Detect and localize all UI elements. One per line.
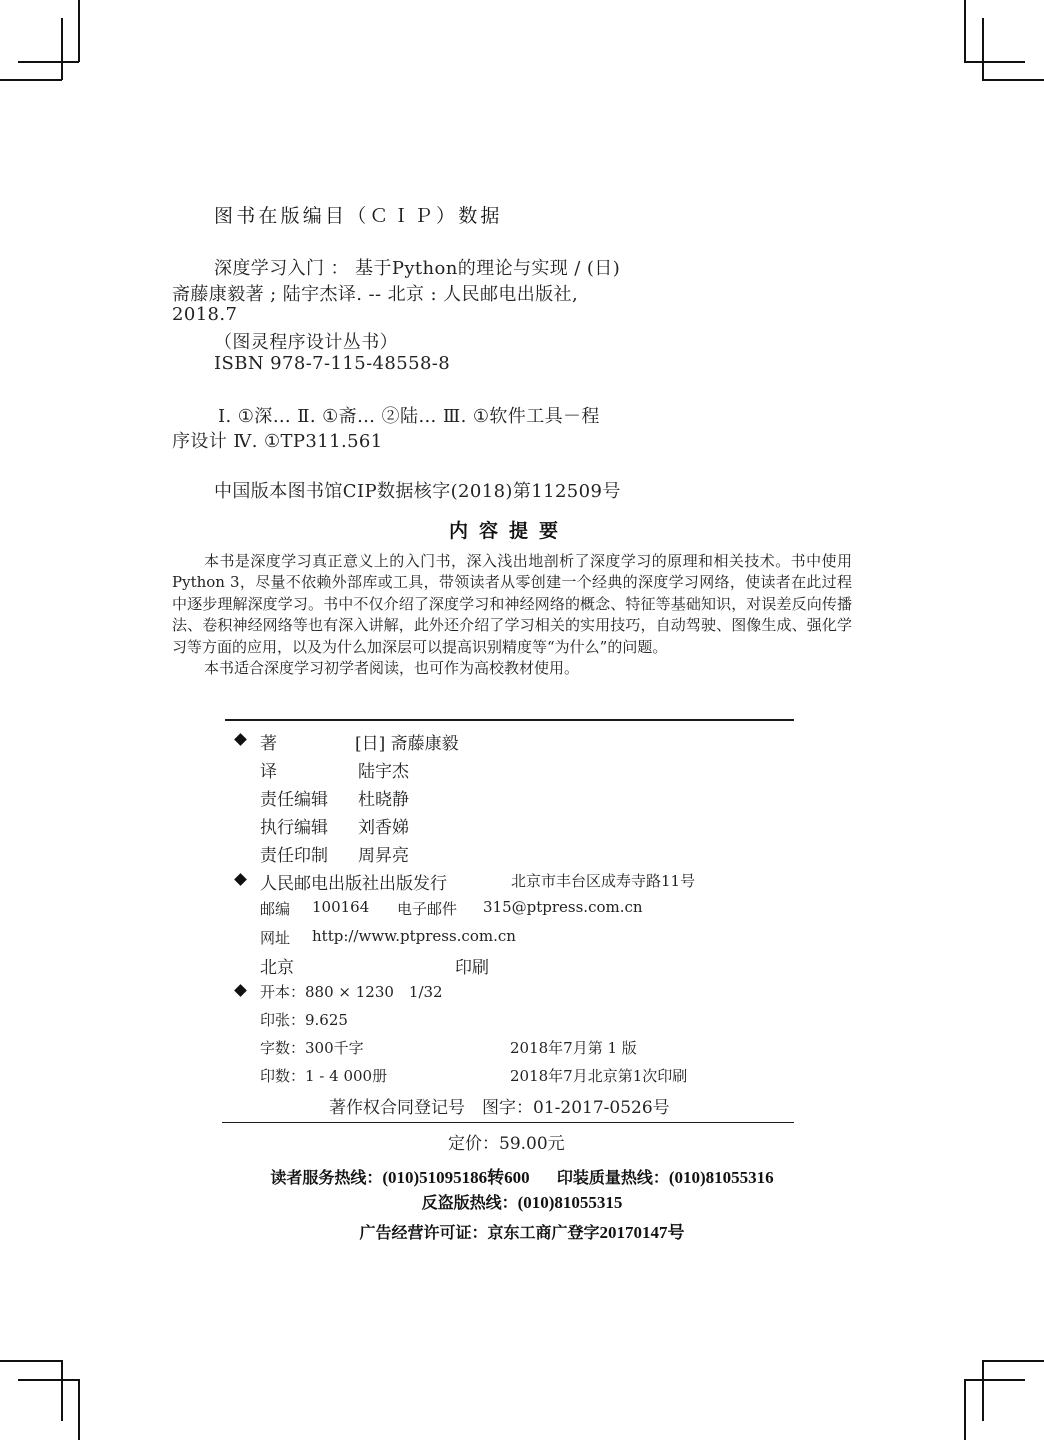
credit-name: 陆宇杰	[358, 757, 409, 782]
crop-mark-line	[78, 1379, 80, 1440]
spec-sheets: 印张：9.625	[260, 1009, 348, 1030]
spec-print-run: 印数：1 - 4 000册	[260, 1065, 387, 1086]
ad-license-number: 20170147号	[600, 1223, 685, 1242]
credit-name: [日] 斋藤康毅	[355, 729, 459, 754]
crop-mark-line	[61, 18, 63, 80]
postcode-label: 邮编	[260, 898, 290, 919]
divider-top	[225, 719, 794, 721]
diamond-bullet-icon	[234, 984, 247, 997]
anti-piracy-label: 反盗版热线：	[422, 1193, 518, 1212]
hotline-row: 读者服务热线：(010)51095186转600 印装质量热线：(010)810…	[0, 1163, 1044, 1188]
website: http://www.ptpress.com.cn	[312, 927, 516, 945]
crop-mark-line	[0, 79, 62, 81]
abstract-body: 本书是深度学习真正意义上的入门书，深入浅出地剖析了深度学习的原理和相关技术。书中…	[172, 551, 852, 679]
cip-classification-line: 序设计 Ⅳ. ①TP311.561	[172, 427, 383, 453]
anti-piracy-row: 反盗版热线：(010)81055315	[0, 1190, 1044, 1213]
website-label: 网址	[260, 927, 290, 948]
quality-hotline-label: 印装质量热线：	[557, 1168, 669, 1187]
quality-hotline-number: (010)81055316	[669, 1168, 774, 1187]
abstract-heading: 内容提要	[449, 516, 569, 543]
printer-suffix: 印刷	[455, 953, 489, 978]
abstract-paragraph: 本书适合深度学习初学者阅读，也可作为高校教材使用。	[172, 658, 852, 679]
credit-name: 刘香娣	[358, 813, 409, 838]
anti-piracy-number: (010)81055315	[518, 1193, 623, 1212]
printer-city: 北京	[260, 953, 294, 978]
crop-mark-line	[18, 61, 79, 63]
crop-mark-line	[0, 1360, 62, 1362]
email-label: 电子邮件	[397, 898, 457, 919]
crop-mark-line	[964, 61, 1025, 63]
credit-name: 杜晓静	[358, 785, 409, 810]
cip-entry-line: 2018.7	[172, 304, 237, 325]
credit-role: 译	[260, 757, 277, 782]
diamond-bullet-icon	[234, 733, 247, 746]
spec-printing: 2018年7月北京第1次印刷	[510, 1065, 687, 1086]
spec-format: 开本：880 × 1230 1/32	[260, 981, 443, 1002]
ad-license-label: 广告经营许可证：京东工商广登字	[359, 1223, 599, 1242]
abstract-paragraph: 本书是深度学习真正意义上的入门书，深入浅出地剖析了深度学习的原理和相关技术。书中…	[172, 551, 852, 658]
divider-bottom	[222, 1122, 794, 1123]
crop-mark-line	[982, 1360, 1044, 1362]
reader-service-number: (010)51095186转600	[382, 1168, 529, 1187]
publisher-address: 北京市丰台区成寿寺路11号	[511, 870, 695, 891]
crop-mark-line	[982, 1360, 984, 1421]
credit-role: 责任印制	[260, 841, 328, 866]
cip-isbn: ISBN 978-7-115-48558-8	[214, 353, 450, 374]
cip-number: 中国版本图书馆CIP数据核字(2018)第112509号	[214, 477, 621, 503]
cip-title: 图书在版编目（ＣＩＰ）数据	[214, 201, 503, 228]
diamond-bullet-icon	[234, 873, 247, 886]
spec-edition: 2018年7月第 1 版	[510, 1037, 637, 1058]
publisher-name: 人民邮电出版社出版发行	[260, 869, 447, 894]
crop-mark-line	[18, 1379, 79, 1381]
ad-license-row: 广告经营许可证：京东工商广登字20170147号	[0, 1218, 1044, 1243]
crop-mark-line	[964, 1379, 1025, 1381]
credit-role: 著	[260, 729, 277, 754]
crop-mark-line	[964, 1379, 966, 1440]
crop-mark-line	[982, 18, 984, 80]
email: 315@ptpress.com.cn	[483, 898, 643, 916]
price: 定价：59.00元	[448, 1129, 565, 1154]
cip-entry-line: 斋藤康毅著 ; 陆宇杰译. -- 北京 : 人民邮电出版社,	[172, 280, 578, 306]
crop-mark-line	[61, 1360, 63, 1421]
crop-mark-line	[982, 79, 1044, 81]
credit-role: 责任编辑	[260, 785, 328, 810]
copyright-registration: 著作权合同登记号 图字：01-2017-0526号	[329, 1093, 670, 1118]
crop-mark-line	[964, 0, 966, 62]
cip-classification-line: Ⅰ. ①深… Ⅱ. ①斋… ②陆… Ⅲ. ①软件工具－程	[218, 402, 600, 428]
cip-series: （图灵程序设计丛书）	[214, 328, 398, 354]
credit-name: 周昇亮	[358, 841, 409, 866]
reader-service-label: 读者服务热线：	[270, 1168, 382, 1187]
cip-entry-line: 深度学习入门 ： 基于Python的理论与实现 / (日)	[214, 254, 620, 280]
spec-word-count: 字数：300千字	[260, 1037, 364, 1058]
crop-mark-line	[78, 0, 80, 62]
postcode: 100164	[312, 898, 369, 916]
credit-role: 执行编辑	[260, 813, 328, 838]
